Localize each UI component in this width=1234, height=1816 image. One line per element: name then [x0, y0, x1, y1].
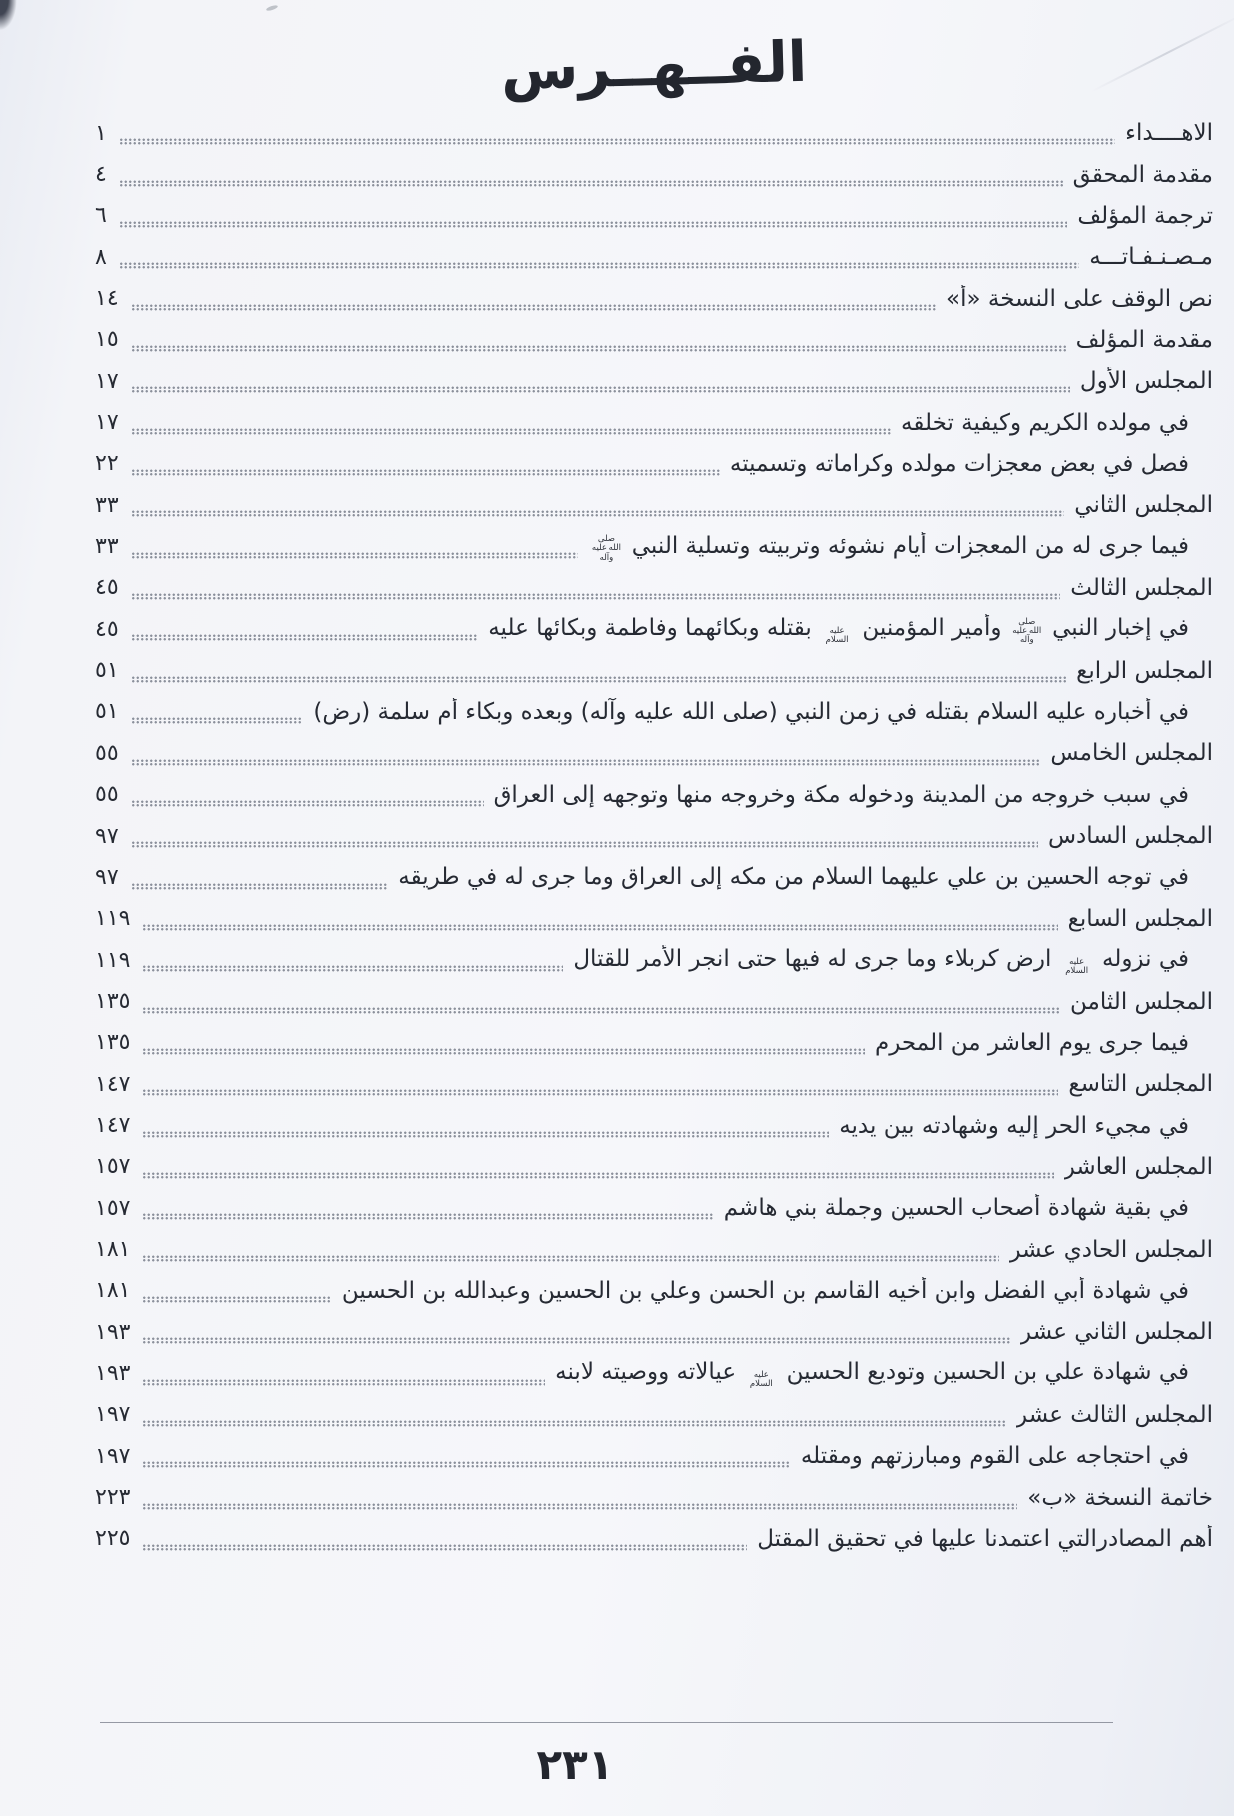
toc-entry-title: نص الوقف على النسخة «أ»	[946, 285, 1213, 314]
toc-page-number: ١٤٧	[95, 1074, 130, 1096]
toc-page-number: ١٣٥	[95, 991, 130, 1013]
alayhissalam-honorific-mark: عليه السلام	[746, 1371, 776, 1389]
toc-entry: في شهادة أبي الفضل وابن أخيه القاسم بن ا…	[95, 1271, 1213, 1312]
pbuh-honorific-mark: صلى الله عليه وآله	[591, 535, 621, 563]
toc-entry: المجلس الثاني عشر١٩٣	[95, 1312, 1213, 1353]
toc-page-number: ٢٢	[95, 453, 119, 475]
toc-entry: المجلس السادس٩٧	[95, 816, 1213, 857]
toc-dotted-leader	[131, 883, 389, 890]
toc-dotted-leader	[131, 717, 304, 724]
toc-dotted-leader	[119, 262, 1079, 269]
toc-page-number: ٩٧	[95, 867, 119, 889]
toc-entry-title: المجلس الحادي عشر	[1009, 1236, 1213, 1265]
toc-entry-title: المجلس التاسع	[1068, 1070, 1213, 1099]
toc-entry-title: في نزوله عليه السلام ارض كربلاء وما جرى …	[573, 945, 1213, 976]
toc-page-number: ١	[95, 123, 107, 145]
toc-entry-title: في بقية شهادة أصحاب الحسين وجملة بني هاش…	[724, 1194, 1213, 1223]
toc-entry-title: فيما جرى يوم العاشر من المحرم	[875, 1029, 1213, 1058]
toc-entry: المجلس الرابع٥١	[95, 650, 1213, 691]
toc-page-number: ١٥٧	[95, 1198, 130, 1220]
toc-dotted-leader	[131, 593, 1061, 600]
toc-entry: المجلس الثالث٤٥	[95, 568, 1213, 609]
toc-dotted-leader	[119, 180, 1063, 187]
toc-page-number: ١٨١	[95, 1239, 130, 1261]
toc-dotted-leader	[142, 1048, 865, 1055]
toc-entry: المجلس السابع١١٩	[95, 899, 1213, 940]
toc-entry: المجلس الأول١٧	[95, 361, 1213, 402]
toc-entry: الاهــــداء١	[95, 113, 1213, 154]
toc-dotted-leader	[131, 304, 936, 311]
toc-entry-title: مـصـنـفـاتـــه	[1089, 243, 1213, 272]
toc-entry: المجلس العاشر١٥٧	[95, 1147, 1213, 1188]
toc-entry: في بقية شهادة أصحاب الحسين وجملة بني هاش…	[95, 1188, 1213, 1229]
toc-page-number: ١٩٧	[95, 1446, 130, 1468]
toc-entry-title: المجلس الثاني عشر	[1020, 1318, 1213, 1347]
toc-page-number: ٣٣	[95, 495, 119, 517]
toc-entry: المجلس الثاني٣٣	[95, 485, 1213, 526]
toc-entry-title: في سبب خروجه من المدينة ودخوله مكة وخروج…	[494, 781, 1213, 810]
toc-dotted-leader	[142, 1172, 1053, 1179]
toc-dotted-leader	[131, 428, 891, 435]
toc-entry-title: فيما جرى له من المعجزات أيام نشوئه وتربي…	[588, 532, 1213, 563]
toc-dotted-leader	[142, 1503, 1017, 1510]
toc-page-number: ٢٢٥	[95, 1528, 130, 1550]
toc-entry-title: أهم المصادرالتي اعتمدنا عليها في تحقيق ا…	[757, 1525, 1213, 1554]
toc-entry-title: ترجمة المؤلف	[1077, 202, 1213, 231]
toc-page-number: ٤	[95, 164, 107, 186]
toc-dotted-leader	[142, 1213, 713, 1220]
toc-page-number: ٤٥	[95, 577, 119, 599]
toc-entry-title: مقدمة المحقق	[1073, 161, 1213, 190]
toc-page-number: ١٩٣	[95, 1322, 130, 1344]
toc-entry: في مجيء الحر إليه وشهادته بين يديه١٤٧	[95, 1105, 1213, 1146]
toc-entry-title: في احتجاجه على القوم ومبارزتهم ومقتله	[801, 1442, 1213, 1471]
toc-page-number: ٥١	[95, 701, 119, 723]
toc-entry-title: المجلس الأول	[1080, 367, 1213, 396]
toc-entry-title: في شهادة علي بن الحسين وتوديع الحسين علي…	[555, 1358, 1213, 1389]
toc-page-number: ٨	[95, 247, 107, 269]
toc-entry: في احتجاجه على القوم ومبارزتهم ومقتله١٩٧	[95, 1436, 1213, 1477]
toc-entry: المجلس الثامن١٣٥	[95, 981, 1213, 1022]
toc-entry-title: المجلس الثامن	[1070, 988, 1213, 1017]
toc-entry-title: المجلس السادس	[1048, 822, 1213, 851]
toc-entry: في سبب خروجه من المدينة ودخوله مكة وخروج…	[95, 775, 1213, 816]
scan-artifact-speck	[266, 4, 279, 12]
toc-dotted-leader	[142, 965, 563, 972]
toc-entry: ترجمة المؤلف٦	[95, 196, 1213, 237]
toc-dotted-leader	[131, 510, 1065, 517]
toc-dotted-leader	[142, 1007, 1060, 1014]
toc-entry-title: المجلس الثالث عشر	[1016, 1401, 1213, 1430]
toc-entry: مقدمة المحقق٤	[95, 154, 1213, 195]
toc-page-number: ٦	[95, 205, 107, 227]
toc-entry: فيما جرى له من المعجزات أيام نشوئه وتربي…	[95, 526, 1213, 567]
toc-page-number: ٩٧	[95, 826, 119, 848]
toc-entry: المجلس الحادي عشر١٨١	[95, 1229, 1213, 1270]
toc-entry: في شهادة علي بن الحسين وتوديع الحسين علي…	[95, 1353, 1213, 1394]
toc-dotted-leader	[131, 634, 479, 641]
toc-entry-title: خاتمة النسخة «ب»	[1027, 1484, 1213, 1513]
toc-page-number: ١١٩	[95, 950, 130, 972]
toc-page-number: ٥١	[95, 660, 119, 682]
toc-dotted-leader	[119, 221, 1068, 228]
toc-entry-title: في أخباره عليه السلام بقتله في زمن النبي…	[313, 698, 1213, 727]
toc-entry: مقدمة المؤلف١٥	[95, 320, 1213, 361]
toc-dotted-leader	[131, 345, 1066, 352]
toc-entry-title: الاهــــداء	[1125, 119, 1213, 148]
toc-entry: في مولده الكريم وكيفية تخلقه١٧	[95, 402, 1213, 443]
toc-entry-title: في مجيء الحر إليه وشهادته بين يديه	[839, 1112, 1213, 1141]
toc-entry: نص الوقف على النسخة «أ»١٤	[95, 278, 1213, 319]
toc-page-number: ١٩٧	[95, 1404, 130, 1426]
toc-entry-title: المجلس الرابع	[1076, 657, 1213, 686]
alayhissalam-honorific-mark: عليه السلام	[1062, 958, 1092, 976]
toc-entry: خاتمة النسخة «ب»٢٢٣	[95, 1477, 1213, 1518]
toc-entry-title: المجلس السابع	[1068, 905, 1213, 934]
toc-dotted-leader	[142, 1089, 1058, 1096]
toc-page-number: ١٤	[95, 288, 119, 310]
alayhissalam-honorific-mark: عليه السلام	[822, 627, 852, 645]
toc-dotted-leader	[142, 1379, 545, 1386]
toc-page-number: ١٩٣	[95, 1363, 130, 1385]
toc-entry: مـصـنـفـاتـــه٨	[95, 237, 1213, 278]
toc-dotted-leader	[142, 1420, 1006, 1427]
toc-dotted-leader	[142, 1255, 999, 1262]
toc-entry: أهم المصادرالتي اعتمدنا عليها في تحقيق ا…	[95, 1519, 1213, 1560]
toc-page-number: ١٤٧	[95, 1115, 130, 1137]
toc-page-number: ٣٣	[95, 536, 119, 558]
toc-dotted-leader	[142, 1296, 331, 1303]
toc-dotted-leader	[142, 924, 1057, 931]
toc-entry-title: فصل في بعض معجزات مولده وكراماته وتسميته	[730, 450, 1213, 479]
toc-page-number: ٥٥	[95, 743, 119, 765]
toc-entry-title: المجلس العاشر	[1064, 1153, 1213, 1182]
scan-artifact-corner	[0, 0, 18, 42]
toc-entry-title: المجلس الخامس	[1050, 739, 1213, 768]
toc-dotted-leader	[142, 1461, 790, 1468]
toc-dotted-leader	[131, 841, 1038, 848]
toc-entry: فصل في بعض معجزات مولده وكراماته وتسميته…	[95, 444, 1213, 485]
toc-entry-title: المجلس الثالث	[1070, 574, 1213, 603]
toc-page-number: ١٣٥	[95, 1032, 130, 1054]
toc-dotted-leader	[131, 800, 484, 807]
footer-divider	[100, 1722, 1113, 1723]
toc-list: الاهــــداء١مقدمة المحقق٤ترجمة المؤلف٦مـ…	[95, 113, 1213, 1560]
scanned-book-page: { "page": { "title": "الفــهــرس", "foot…	[0, 0, 1234, 1816]
toc-entry: فيما جرى يوم العاشر من المحرم١٣٥	[95, 1023, 1213, 1064]
toc-entry-title: مقدمة المؤلف	[1076, 326, 1213, 355]
toc-dotted-leader	[131, 759, 1041, 766]
toc-page-number: ١٥٧	[95, 1156, 130, 1178]
toc-dotted-leader	[131, 676, 1066, 683]
toc-page-number: ٤٥	[95, 619, 119, 641]
toc-page-number: ١٧	[95, 412, 119, 434]
toc-page-number: ١١٩	[95, 908, 130, 930]
toc-entry: المجلس الثالث عشر١٩٧	[95, 1395, 1213, 1436]
toc-page-number: ١٥	[95, 329, 119, 351]
toc-dotted-leader	[142, 1131, 829, 1138]
toc-entry: في نزوله عليه السلام ارض كربلاء وما جرى …	[95, 940, 1213, 981]
toc-dotted-leader	[131, 552, 579, 559]
toc-dotted-leader	[119, 138, 1115, 145]
toc-page-number: ٥٥	[95, 784, 119, 806]
toc-dotted-leader	[142, 1544, 747, 1551]
toc-dotted-leader	[142, 1337, 1010, 1344]
toc-page-number: ١٧	[95, 371, 119, 393]
toc-entry-title: في شهادة أبي الفضل وابن أخيه القاسم بن ا…	[342, 1277, 1213, 1306]
pbuh-honorific-mark: صلى الله عليه وآله	[1012, 618, 1042, 646]
toc-entry-title: في مولده الكريم وكيفية تخلقه	[901, 409, 1213, 438]
toc-entry-title: المجلس الثاني	[1074, 491, 1213, 520]
toc-dotted-leader	[131, 469, 720, 476]
toc-entry: في إخبار النبي صلى الله عليه وآله وأمير …	[95, 609, 1213, 650]
toc-entry: في توجه الحسين بن علي عليهما السلام من م…	[95, 857, 1213, 898]
toc-dotted-leader	[131, 386, 1070, 393]
toc-entry: المجلس الخامس٥٥	[95, 733, 1213, 774]
toc-entry-title: في إخبار النبي صلى الله عليه وآله وأمير …	[488, 614, 1213, 645]
toc-entry: في أخباره عليه السلام بقتله في زمن النبي…	[95, 692, 1213, 733]
toc-entry: المجلس التاسع١٤٧	[95, 1064, 1213, 1105]
page-title: الفــهــرس	[94, 18, 1213, 114]
toc-page-number: ١٨١	[95, 1280, 130, 1302]
footer-page-number: ٢٣١	[20, 1740, 1130, 1789]
toc-page-number: ٢٢٣	[95, 1487, 130, 1509]
toc-entry-title: في توجه الحسين بن علي عليهما السلام من م…	[398, 863, 1213, 892]
